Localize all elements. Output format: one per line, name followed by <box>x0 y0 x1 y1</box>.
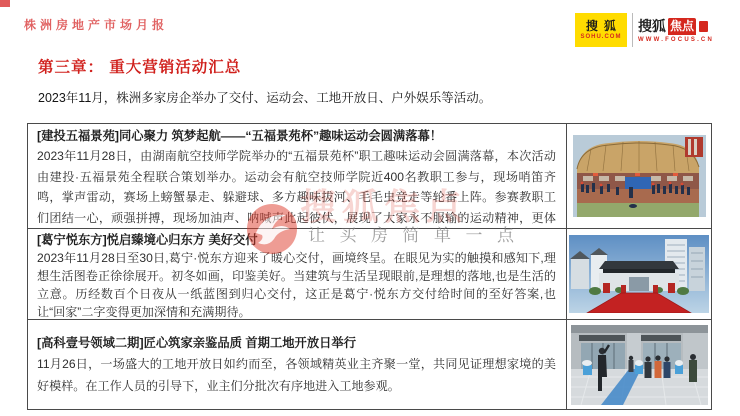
site-open-day-photo <box>571 325 708 405</box>
stadium-sports-photo <box>573 135 706 217</box>
sohu-focus-logo-domain: WWW.FOCUS.CN <box>638 37 714 43</box>
activity-text-cell: [葛宁悦东方]悦启臻境心归东方 美好交付 2023年11月28日至30日,葛宁·… <box>28 229 566 319</box>
corner-accent-mark <box>0 0 10 7</box>
activity-photo-cell <box>566 124 711 228</box>
activity-text-cell: [建投五福景苑]同心聚力 筑梦起航——“五福景苑杯”趣味运动会圆满落幕！ 202… <box>28 124 566 228</box>
activity-body: 11月26日，一场盛大的工地开放日如约而至，各领域精英业主齐聚一堂，共同见证理想… <box>37 353 556 397</box>
activity-row-gaoke-yihao: [高科壹号领域二期]匠心筑家亲鉴品质 首期工地开放日举行 11月26日，一场盛大… <box>28 319 711 409</box>
sohu-focus-logo: 搜狐 焦点 WWW.FOCUS.CN <box>638 13 714 47</box>
delivery-ceremony-photo <box>569 235 709 313</box>
activities-table: [建投五福景苑]同心聚力 筑梦起航——“五福景苑杯”趣味运动会圆满落幕！ 202… <box>27 123 712 410</box>
activity-photo-cell <box>566 229 711 319</box>
sohu-focus-logo-black-text: 搜狐 <box>638 19 666 34</box>
activity-title: [建投五福景苑]同心聚力 筑梦起航——“五福景苑杯”趣味运动会圆满落幕！ <box>37 126 556 146</box>
activity-body: 2023年11月28日，由湖南航空技师学院举办的“五福景苑杯”职工趣味运动会圆满… <box>37 146 556 228</box>
activity-body: 2023年11月28日至30日,葛宁·悦东方迎来了暖心交付，画境终呈。在眼见为实… <box>37 249 556 319</box>
logo-divider <box>632 13 633 47</box>
focus-seal-icon <box>699 21 708 32</box>
sohu-logo-domain: SOHU.COM <box>580 33 621 41</box>
sohu-focus-logo-row: 搜狐 焦点 <box>638 18 714 35</box>
chapter-title: 第三章： 重大营销活动汇总 <box>38 55 241 77</box>
report-title: 株洲房地产市场月报 <box>24 16 168 33</box>
activity-text-cell: [高科壹号领域二期]匠心筑家亲鉴品质 首期工地开放日举行 11月26日，一场盛大… <box>28 320 566 409</box>
activity-row-wufujingyuan: [建投五福景苑]同心聚力 筑梦起航——“五福景苑杯”趣味运动会圆满落幕！ 202… <box>28 124 711 228</box>
activity-title: [高科壹号领域二期]匠心筑家亲鉴品质 首期工地开放日举行 <box>37 333 556 353</box>
sohu-focus-logo-red-text: 焦点 <box>668 18 696 35</box>
activity-photo-cell <box>566 320 711 409</box>
sohu-logo-text: 搜狐 <box>580 20 622 33</box>
activity-title: [葛宁悦东方]悦启臻境心归东方 美好交付 <box>37 231 556 249</box>
chapter-intro: 2023年11月，株洲多家房企举办了交付、运动会、工地开放日、户外娱乐等活动。 <box>38 88 491 106</box>
activity-row-yuedongfang: [葛宁悦东方]悦启臻境心归东方 美好交付 2023年11月28日至30日,葛宁·… <box>28 228 711 319</box>
header-logos: 搜狐 SOHU.COM 搜狐 焦点 WWW.FOCUS.CN <box>575 13 714 47</box>
sohu-logo: 搜狐 SOHU.COM <box>575 13 627 47</box>
